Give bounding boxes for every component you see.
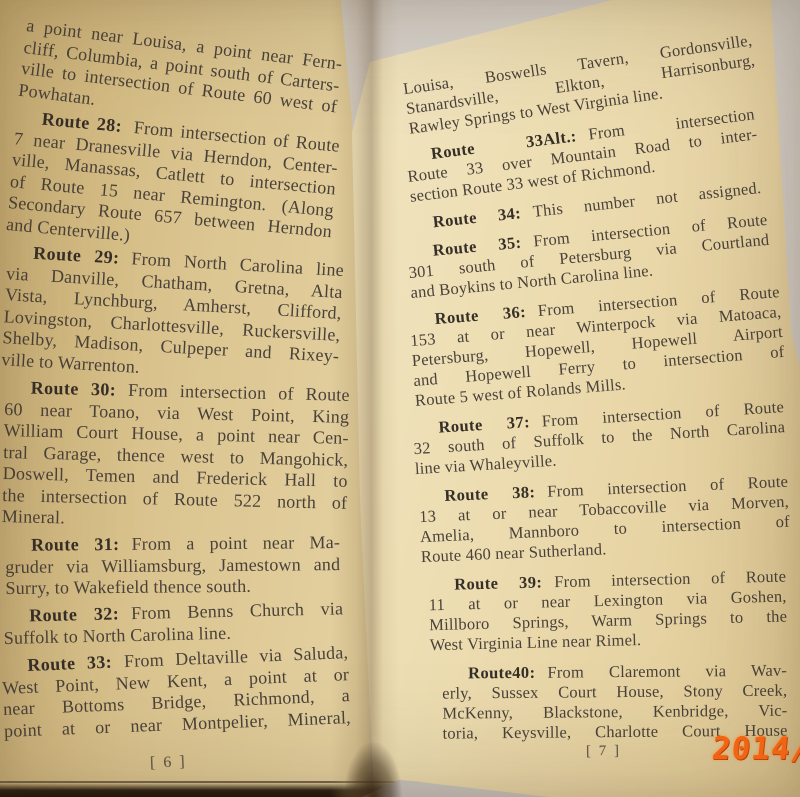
book-photo: a point near Louisa, a point near Fern-c… bbox=[0, 0, 800, 797]
text-line: Surry, to Wakefield thence south. bbox=[5, 575, 340, 599]
route-paragraph: Route 37:From intersection of Route32 so… bbox=[412, 397, 787, 479]
route-heading: Route 29: bbox=[33, 243, 120, 268]
route-heading: Route 31: bbox=[31, 533, 120, 554]
route-heading: Route 32: bbox=[29, 603, 119, 625]
route-paragraph: Route 32:From Benns Church viaSuffolk to… bbox=[3, 598, 344, 649]
route-paragraph: Route 38:From intersection of Route13 at… bbox=[418, 472, 791, 567]
route-paragraph: Route 36:From intersection of Route153 a… bbox=[408, 282, 787, 411]
text-line: Route 31:From a point near Ma- bbox=[5, 532, 340, 556]
gutter-bottom-shadow bbox=[344, 742, 402, 797]
route-heading: Route 38: bbox=[444, 482, 536, 505]
page-number-right: [ 7 ] bbox=[586, 743, 621, 761]
route-paragraph: Route 39:From intersection of Route11 at… bbox=[428, 567, 788, 656]
route-paragraph: Route 33:From Deltaville via Saluda,West… bbox=[1, 642, 351, 742]
text-line: gruder via Williamsburg, Jamestown and bbox=[5, 553, 340, 577]
right-page-text: Louisa, Boswells Tavern, Gordonsville,St… bbox=[398, 80, 754, 752]
route-heading: Route 39: bbox=[454, 572, 542, 593]
route-paragraph: Route 31:From a point near Ma-gruder via… bbox=[5, 532, 341, 599]
page-number-left: [ 6 ] bbox=[150, 753, 187, 772]
route-heading: Route 33: bbox=[27, 652, 112, 675]
route-paragraph: Route 30:From intersection of Route60 ne… bbox=[2, 377, 350, 535]
left-page-text: a point near Louisa, a point near Fern-c… bbox=[2, 12, 352, 749]
route-heading: Route 30: bbox=[31, 378, 117, 400]
route-heading: Route40: bbox=[468, 663, 536, 683]
route-paragraph: Route 29:From North Carolina linevia Dan… bbox=[1, 241, 345, 389]
route-heading: Route 34: bbox=[432, 203, 522, 231]
camera-timestamp: 2014/ bbox=[710, 731, 800, 767]
